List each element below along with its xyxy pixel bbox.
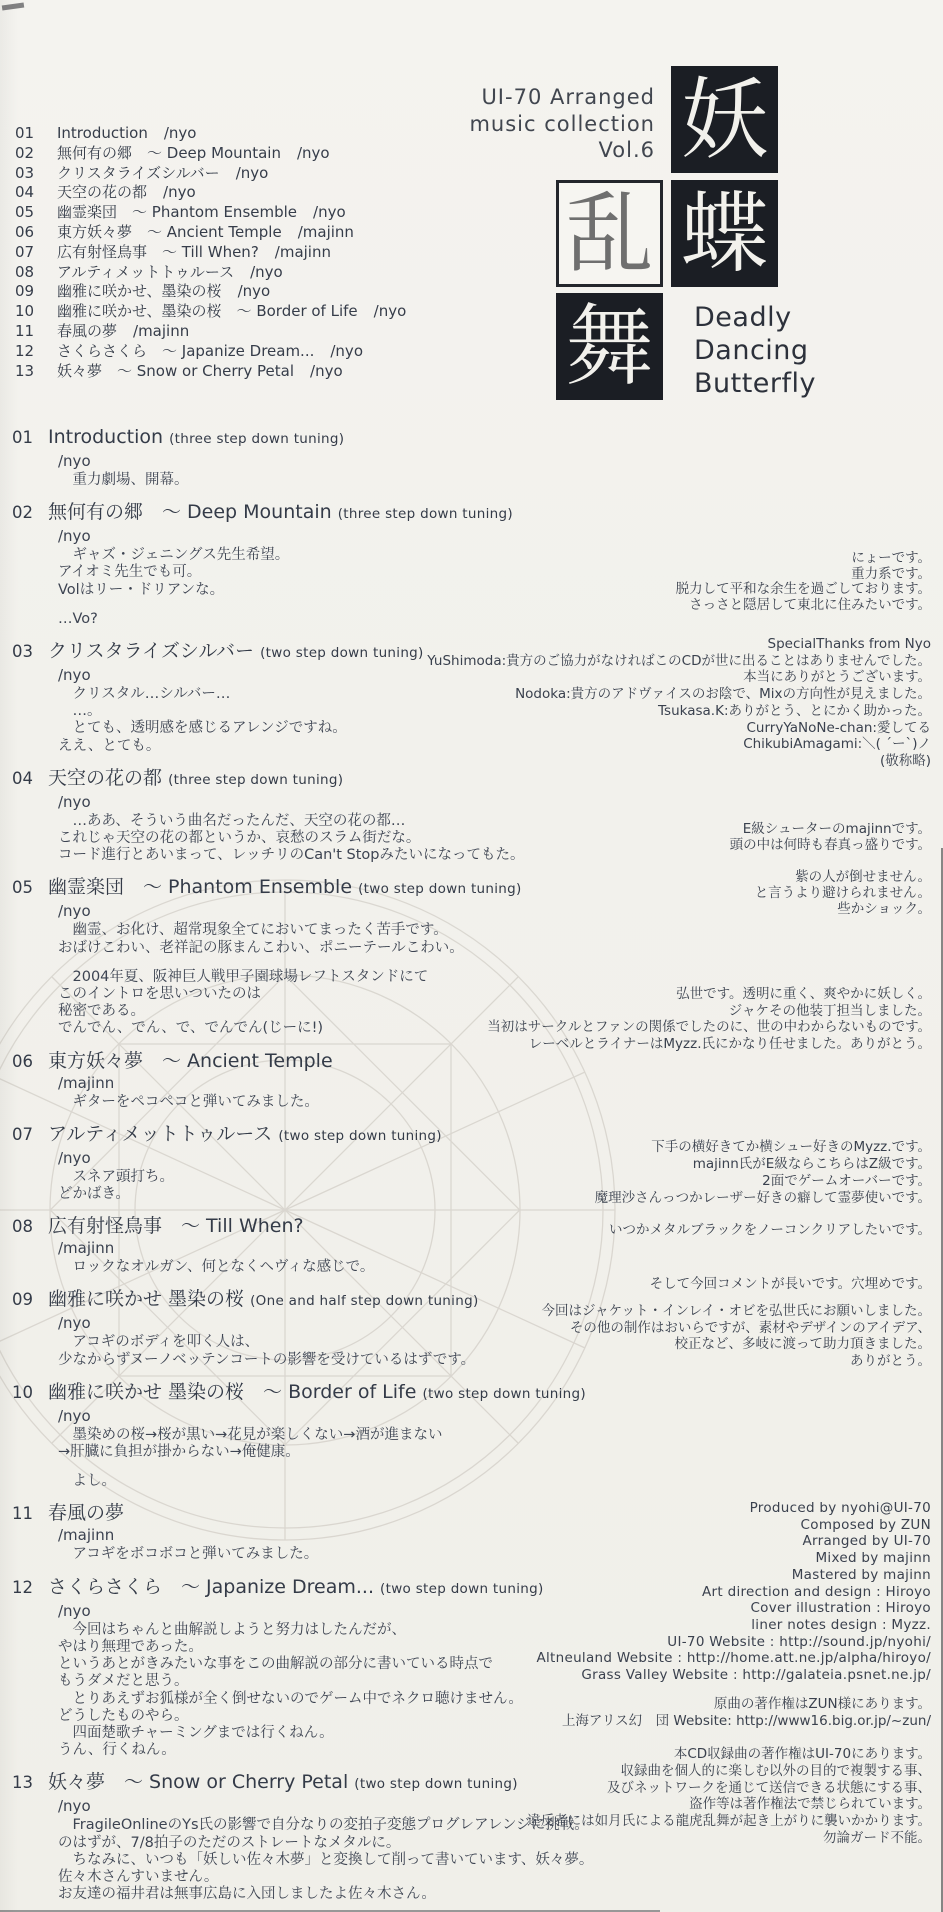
note-line: SpecialThanks from Nyo xyxy=(320,636,931,653)
commentary-number: 02 xyxy=(12,501,48,524)
commentary-number: 08 xyxy=(12,1215,48,1238)
note-line: 原曲の著作権はZUN様にあります。 xyxy=(320,1696,931,1713)
note-line: レーベルとライナーはMyzz.氏にかなり任せました。ありがとう。 xyxy=(320,1036,931,1053)
title-char-box-you: 妖 xyxy=(671,66,778,173)
note-line: 本当にありがとうございます。 xyxy=(320,669,931,686)
track-title: 幽雅に咲かせ、墨染の桜 ～ Border of Life xyxy=(57,302,358,320)
track-number: 04 xyxy=(15,183,43,203)
tracklist-item: 10幽雅に咲かせ、墨染の桜 ～ Border of Life/nyo xyxy=(15,302,406,322)
note-myzz-metalblack: いつかメタルブラックをノーコンクリアしたいです。 xyxy=(320,1222,931,1238)
commentary-number: 13 xyxy=(12,1771,48,1794)
tracklist-item: 12さくらさくら ～ Japanize Dream.../nyo xyxy=(15,342,406,362)
tracklist-item: 08アルティメットトゥルース/nyo xyxy=(15,263,406,283)
commentary-credit: /nyo xyxy=(12,451,662,472)
commentary-number: 09 xyxy=(12,1288,48,1311)
note-line: 2面でゲームオーバーです。 xyxy=(320,1173,931,1190)
note-line: Altneuland Website : http://home.att.ne.… xyxy=(320,1650,931,1667)
note-line: Arranged by UI-70 xyxy=(320,1533,931,1550)
tracklist-item: 09幽雅に咲かせ、墨染の桜/nyo xyxy=(15,282,406,302)
note-line: Grass Valley Website : http://galateia.p… xyxy=(320,1667,931,1684)
commentary-line: 佐々木さんすいません。 xyxy=(58,1869,662,1886)
tracklist-item: 11春風の夢/majinn xyxy=(15,322,406,342)
commentary-body: ロックなオルガン、何となくヘヴィな感じで。 xyxy=(12,1259,662,1276)
commentary-title: 無何有の郷 ～ Deep Mountain (three step down t… xyxy=(48,501,513,523)
note-line: ありがとう。 xyxy=(320,1353,931,1370)
track-credit: /nyo xyxy=(374,302,407,320)
track-credit: /nyo xyxy=(310,362,343,380)
note-line: (敬称略) xyxy=(320,753,931,770)
track-credit: /nyo xyxy=(330,342,363,360)
note-line: majinn氏がE級ならこちらはZ級です。 xyxy=(320,1156,931,1173)
track-number: 08 xyxy=(15,263,43,283)
note-line: 盗作等は著作権法で禁じられています。 xyxy=(320,1796,931,1813)
title-char-box-cho: 蝶 xyxy=(671,180,778,287)
tracklist: 01Introduction/nyo02無何有の郷 ～ Deep Mountai… xyxy=(15,124,406,381)
commentary-line: 墨染めの桜→桜が黒い→花見が楽しくない→酒が進まない xyxy=(58,1427,662,1444)
commentary-line: ギターをペコペコと弾いてみました。 xyxy=(58,1094,662,1111)
credits: Produced by nyohi@UI-70Composed by ZUNAr… xyxy=(320,1500,931,1684)
note-line: 及びネットワークを通じて送信できる状態にする事、 xyxy=(320,1780,931,1797)
tuning-note: (three step down tuning) xyxy=(169,431,344,447)
commentary-line: →肝臓に負担が掛からない→俺健康。 xyxy=(58,1444,662,1461)
track-title: 春風の夢 xyxy=(57,322,117,340)
title-char-box-ran: 乱 xyxy=(556,180,663,287)
note-majinn-intro: E級シューターのmajinnです。頭の中は何時も春真っ盛りです。 xyxy=(320,821,931,853)
note-line: そして今回コメントが長いです。穴埋めです。 xyxy=(320,1276,931,1292)
commentary-number: 07 xyxy=(12,1123,48,1146)
copyright-cd: 本CD収録曲の著作権はUI-70にあります。収録曲を個人的に楽しむ以外の目的で複… xyxy=(320,1746,931,1847)
tracklist-item: 07広有射怪鳥事 ～ Till When?/majinn xyxy=(15,243,406,263)
commentary-title: 広有射怪鳥事 ～ Till When? xyxy=(48,1215,304,1237)
commentary-header: 02無何有の郷 ～ Deep Mountain (three step down… xyxy=(12,501,662,526)
note-line: さっさと隠居して東北に住みたいです。 xyxy=(320,598,931,614)
track-number: 10 xyxy=(15,302,43,322)
commentary-header: 01Introduction (three step down tuning) xyxy=(12,426,662,451)
commentary-body: ギターをペコペコと弾いてみました。 xyxy=(12,1094,662,1111)
note-line: 脱力して平和な余生を過ごしております。 xyxy=(320,582,931,598)
commentary-credit: /majinn xyxy=(12,1073,662,1094)
commentary-number: 10 xyxy=(12,1381,48,1404)
commentary-body: 重力劇場、開幕。 xyxy=(12,472,662,489)
tracklist-item: 04天空の花の都/nyo xyxy=(15,183,406,203)
note-hiroyo: 弘世です。透明に重く、爽やかに妖しく。ジャケその他装丁担当しました。当初はサーク… xyxy=(320,986,931,1052)
commentary-line: お友達の福井君は無事広島に入団しましたよ佐々木さん。 xyxy=(58,1886,662,1903)
note-line: 弘世です。透明に重く、爽やかに妖しく。 xyxy=(320,986,931,1003)
note-line: UI-70 Website : http://sound.jp/nyohi/ xyxy=(320,1634,931,1651)
commentary-line: おばけこわい、老祥記の豚まんこわい、ポニーテールこわい。 xyxy=(58,940,662,957)
track-commentary: 10幽雅に咲かせ 墨染の桜 ～ Border of Life (two step… xyxy=(12,1381,662,1491)
subtitle-line-1: Deadly xyxy=(694,301,816,334)
commentary-number: 05 xyxy=(12,876,48,899)
commentary-line: よし。 xyxy=(58,1473,662,1490)
track-credit: /nyo xyxy=(250,263,283,281)
scan-corner-mark xyxy=(2,2,24,10)
track-title: 幽雅に咲かせ、墨染の桜 xyxy=(57,282,222,300)
title-kanji-you: 妖 xyxy=(680,66,768,173)
track-number: 06 xyxy=(15,223,43,243)
tracklist-item: 13妖々夢 ～ Snow or Cherry Petal/nyo xyxy=(15,362,406,382)
note-line: Art direction and design : Hiroyo xyxy=(320,1584,931,1601)
note-line: E級シューターのmajinnです。 xyxy=(320,821,931,837)
note-line: 重力系です。 xyxy=(320,567,931,583)
track-title: 幽霊楽団 ～ Phantom Ensemble xyxy=(57,203,297,221)
commentary-credit: /majinn xyxy=(12,1238,662,1259)
commentary-line: 2004年夏、阪神巨人戦甲子園球場レフトスタンドにて xyxy=(58,969,662,986)
note-line: Produced by nyohi@UI-70 xyxy=(320,1500,931,1517)
commentary-number: 06 xyxy=(12,1050,48,1073)
note-majinn-yukari: 紫の人が倒せません。と言うより避けられません。些かショック。 xyxy=(320,869,931,918)
commentary-line: 幽霊、お化け、超常現象全てにおいてまったく苦手です。 xyxy=(58,922,662,939)
note-line: いつかメタルブラックをノーコンクリアしたいです。 xyxy=(320,1222,931,1238)
note-production-thanks: 今回はジャケット・インレイ・オビを弘世氏にお願いしました。その他の制作はおいらで… xyxy=(320,1303,931,1369)
note-line: Mastered by majinn xyxy=(320,1567,931,1584)
note-line: 勿論ガード不能。 xyxy=(320,1830,931,1847)
note-line: ChikubiAmagami:＼( ´ー`)ノ xyxy=(320,736,931,753)
title-char-box-bu: 舞 xyxy=(556,293,663,400)
track-title: 天空の花の都 xyxy=(57,183,147,201)
note-line: Nodoka:貴方のアドヴァイスのお陰で、Mixの方向性が見えました。 xyxy=(320,686,931,703)
note-line: にょーです。 xyxy=(320,551,931,567)
note-myzz: 下手の横好きてか横シュー好きのMyzz.です。majinn氏がE級ならこちらはZ… xyxy=(320,1139,931,1207)
commentary-number: 01 xyxy=(12,426,48,449)
track-credit: /nyo xyxy=(297,144,330,162)
note-line: ジャケその他装丁担当しました。 xyxy=(320,1003,931,1020)
commentary-number: 04 xyxy=(12,767,48,790)
track-number: 12 xyxy=(15,342,43,362)
note-line: 当初はサークルとファンの関係でしたのに、世の中わからないものです。 xyxy=(320,1019,931,1036)
commentary-title: 幽雅に咲かせ 墨染の桜 ～ Border of Life (two step d… xyxy=(48,1381,586,1403)
commentary-line: 重力劇場、開幕。 xyxy=(58,472,662,489)
track-title: 広有射怪鳥事 ～ Till When? xyxy=(57,243,259,261)
note-special-thanks: SpecialThanks from NyoYuShimoda:貴方のご協力がな… xyxy=(320,636,931,770)
title-kanji-ran: 乱 xyxy=(565,180,653,287)
track-title: Introduction xyxy=(57,124,148,142)
spacer xyxy=(58,957,662,969)
copyright-original: 原曲の著作権はZUN様にあります。上海アリス幻 団 Website: http:… xyxy=(320,1696,931,1730)
note-line: 頭の中は何時も春真っ盛りです。 xyxy=(320,837,931,853)
note-line: と言うより避けられません。 xyxy=(320,885,931,901)
track-credit: /nyo xyxy=(164,124,197,142)
commentary-body: 墨染めの桜→桜が黒い→花見が楽しくない→酒が進まない→肝臓に負担が掛からない→俺… xyxy=(12,1427,662,1491)
tuning-note: (three step down tuning) xyxy=(168,772,343,788)
track-commentary: 06東方妖々夢 ～ Ancient Temple/majinn ギターをペコペコ… xyxy=(12,1050,662,1111)
commentary-title: 東方妖々夢 ～ Ancient Temple xyxy=(48,1050,333,1072)
tuning-note: (three step down tuning) xyxy=(338,506,513,522)
note-line: 魔理沙さんっつかレーザー好きの癖して霊夢使いです。 xyxy=(320,1190,931,1207)
commentary-title: Introduction (three step down tuning) xyxy=(48,426,344,448)
commentary-line: …Vo? xyxy=(58,611,662,628)
commentary-credit: /nyo xyxy=(12,792,662,813)
note-line: 些かショック。 xyxy=(320,901,931,917)
track-commentary: 01Introduction (three step down tuning)/… xyxy=(12,426,662,489)
track-title: アルティメットトゥルース xyxy=(57,263,234,281)
track-title: 無何有の郷 ～ Deep Mountain xyxy=(57,144,281,162)
track-number: 01 xyxy=(15,124,43,144)
commentary-number: 12 xyxy=(12,1576,48,1599)
track-credit: /nyo xyxy=(236,164,269,182)
commentary-credit: /nyo xyxy=(12,1406,662,1427)
note-nyo-intro: にょーです。重力系です。脱力して平和な余生を過ごしております。さっさと隠居して東… xyxy=(320,551,931,613)
commentary-credit: /nyo xyxy=(12,526,662,547)
subtitle-line-2: Dancing xyxy=(694,334,816,367)
commentary-header: 04天空の花の都 (three step down tuning) xyxy=(12,767,662,792)
note-line: Tsukasa.K:ありがとう、とにかく助かった。 xyxy=(320,703,931,720)
commentary-header: 10幽雅に咲かせ 墨染の桜 ～ Border of Life (two step… xyxy=(12,1381,662,1406)
album-subtitle-english: Deadly Dancing Butterfly xyxy=(694,301,816,400)
note-line: liner notes design : Myzz. xyxy=(320,1617,931,1634)
track-number: 13 xyxy=(15,362,43,382)
note-line: Composed by ZUN xyxy=(320,1517,931,1534)
title-kanji-cho: 蝶 xyxy=(680,180,768,287)
tracklist-item: 05幽霊楽団 ～ Phantom Ensemble/nyo xyxy=(15,203,406,223)
commentary-number: 03 xyxy=(12,640,48,663)
note-line: 紫の人が倒せません。 xyxy=(320,869,931,885)
track-number: 05 xyxy=(15,203,43,223)
liner-notes-page: UI-70 Arranged music collection Vol.6 妖 … xyxy=(0,0,943,1912)
subtitle-line-3: Butterfly xyxy=(694,367,816,400)
note-line: 今回はジャケット・インレイ・オビを弘世氏にお願いしました。 xyxy=(320,1303,931,1320)
track-number: 02 xyxy=(15,144,43,164)
track-title: クリスタライズシルバー xyxy=(57,164,220,182)
title-kanji-bu: 舞 xyxy=(565,293,653,400)
tracklist-item: 03クリスタライズシルバー/nyo xyxy=(15,164,406,184)
note-line: YuShimoda:貴方のご協力がなければこのCDが世に出ることはありませんでし… xyxy=(320,653,931,670)
track-credit: /nyo xyxy=(163,183,196,201)
commentary-header: 06東方妖々夢 ～ Ancient Temple xyxy=(12,1050,662,1073)
tuning-note: (two step down tuning) xyxy=(422,1386,586,1402)
commentary-line: ロックなオルガン、何となくヘヴィな感じで。 xyxy=(58,1259,662,1276)
track-number: 07 xyxy=(15,243,43,263)
commentary-number: 11 xyxy=(12,1502,48,1525)
track-credit: /majinn xyxy=(298,223,354,241)
note-comment-filler: そして今回コメントが長いです。穴埋めです。 xyxy=(320,1276,931,1292)
collection-line-1: UI-70 Arranged xyxy=(300,84,655,111)
tracklist-item: 01Introduction/nyo xyxy=(15,124,406,144)
note-line: 上海アリス幻 団 Website: http://www16.big.or.jp… xyxy=(320,1713,931,1730)
commentary-title: 天空の花の都 (three step down tuning) xyxy=(48,767,343,789)
track-number: 03 xyxy=(15,164,43,184)
track-credit: /majinn xyxy=(133,322,189,340)
tracklist-item: 06東方妖々夢 ～ Ancient Temple/majinn xyxy=(15,223,406,243)
track-number: 09 xyxy=(15,282,43,302)
note-line: Mixed by majinn xyxy=(320,1550,931,1567)
track-credit: /nyo xyxy=(313,203,346,221)
track-title: 東方妖々夢 ～ Ancient Temple xyxy=(57,223,282,241)
note-line: 収録曲を個人的に楽しむ以外の目的で複製する事、 xyxy=(320,1763,931,1780)
track-number: 11 xyxy=(15,322,43,342)
track-credit: /majinn xyxy=(275,243,331,261)
spacer xyxy=(58,1461,662,1473)
track-credit: /nyo xyxy=(238,282,271,300)
note-line: Cover illustration : Hiroyo xyxy=(320,1600,931,1617)
track-title: さくらさくら ～ Japanize Dream... xyxy=(57,342,314,360)
note-line: 校正など、多岐に渡って助力頂きました。 xyxy=(320,1336,931,1353)
note-line: CurryYaNoNe-chan:愛してる xyxy=(320,720,931,737)
note-line: 下手の横好きてか横シュー好きのMyzz.です。 xyxy=(320,1139,931,1156)
note-line: 本CD収録曲の著作権はUI-70にあります。 xyxy=(320,1746,931,1763)
track-title: 妖々夢 ～ Snow or Cherry Petal xyxy=(57,362,294,380)
note-line: 違反者には如月氏による龍虎乱舞が起き上がりに襲いかかります。 xyxy=(320,1813,931,1830)
commentary-line: ちなみに、いつも「妖しい佐々木夢」と変換して削って書いています、妖々夢。 xyxy=(58,1852,662,1869)
commentary-title: 春風の夢 xyxy=(48,1502,124,1524)
tracklist-item: 02無何有の郷 ～ Deep Mountain/nyo xyxy=(15,144,406,164)
note-line: その他の制作はおいらですが、素材やデザインのアイデア、 xyxy=(320,1320,931,1337)
